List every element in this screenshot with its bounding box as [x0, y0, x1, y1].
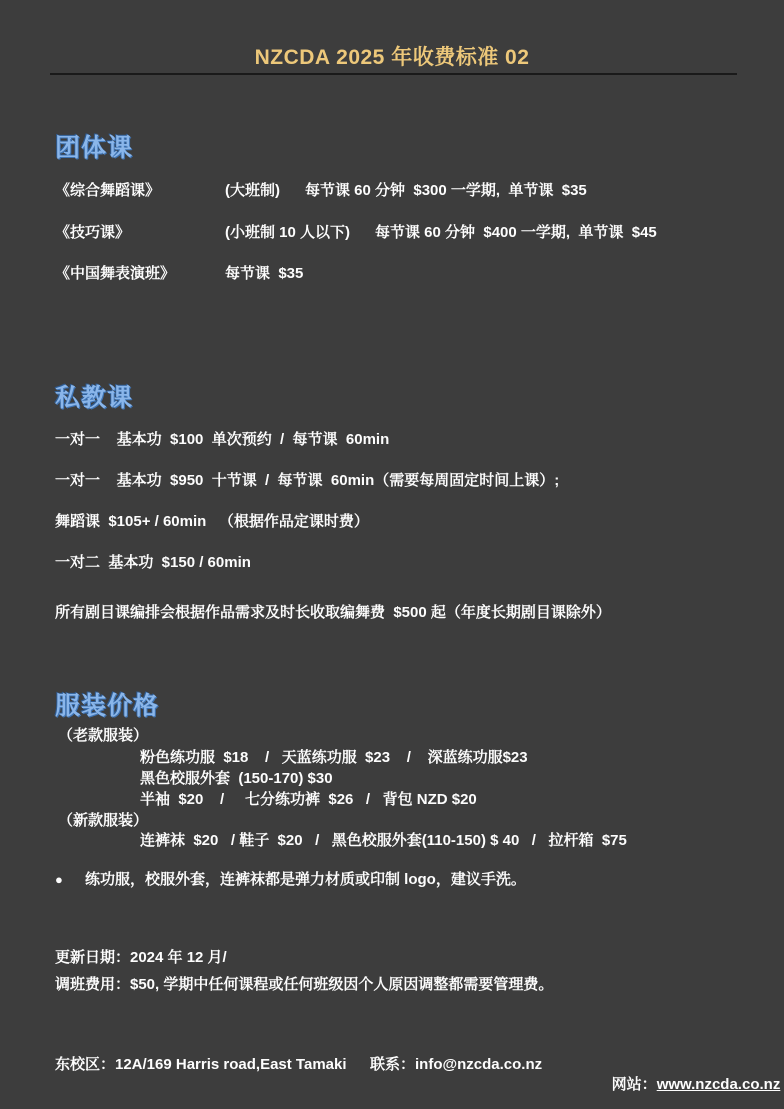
- footer-website-label: 网站：: [612, 1076, 657, 1093]
- private-class-line: 一对二 基本功 $150 / 60min: [55, 553, 755, 573]
- page-title: NZCDA 2025 年收费标准 02: [0, 41, 784, 71]
- footer-campus-address: 东校区：12A/169 Harris road,East Tamaki: [55, 1055, 347, 1075]
- costume-care-text: 练功服，校服外套，连裤袜都是弹力材质或印制 logo，建议手洗。: [85, 870, 526, 890]
- old-costume-item: 粉色练功服 $18 / 天蓝练功服 $23 / 深蓝练功服$23: [140, 748, 760, 768]
- title-divider: [50, 73, 737, 75]
- private-class-line: 一对一 基本功 $950 十节课 / 每节课 60min（需要每周固定时间上课）…: [55, 471, 755, 491]
- transfer-fee-note: 调班费用：$50, 学期中任何课程或任何班级因个人原因调整都需要管理费。: [55, 975, 755, 995]
- section-header-private-classes: 私教课: [55, 378, 133, 414]
- new-costume-label: （新款服装）: [58, 811, 148, 831]
- private-class-line: 一对一 基本功 $100 单次预约 / 每节课 60min: [55, 430, 755, 450]
- class-name: 《中国舞表演班》: [55, 264, 225, 284]
- private-class-line: 舞蹈课 $105+ / 60min （根据作品定课时费）: [55, 512, 755, 532]
- footer-website-link[interactable]: www.nzcda.co.nz: [657, 1076, 781, 1093]
- section-header-costume-prices: 服装价格: [55, 686, 159, 722]
- section-header-group-classes: 团体课: [55, 128, 133, 164]
- old-costume-item: 半袖 $20 / 七分练功裤 $26 / 背包 NZD $20: [140, 790, 760, 810]
- new-costume-item: 连裤袜 $20 / 鞋子 $20 / 黑色校服外套(110-150) $ 40 …: [140, 831, 760, 851]
- group-class-row: 《中国舞表演班》 每节课 $35: [55, 264, 755, 284]
- document-page: NZCDA 2025 年收费标准 02 团体课 《综合舞蹈课》 (大班制) 每节…: [0, 0, 784, 1109]
- class-name: 《技巧课》: [55, 223, 225, 243]
- class-name: 《综合舞蹈课》: [55, 181, 225, 201]
- update-date-note: 更新日期：2024 年 12 月/: [55, 948, 755, 968]
- group-class-row: 《技巧课》 (小班制 10 人以下) 每节课 60 分钟 $400 一学期, 单…: [55, 223, 755, 243]
- bullet-icon: ●: [55, 870, 85, 890]
- costume-care-note: ● 练功服，校服外套，连裤袜都是弹力材质或印制 logo，建议手洗。: [55, 870, 745, 890]
- class-price-desc: 每节课 $35: [225, 264, 755, 284]
- footer-contact-email: 联系：info@nzcda.co.nz: [370, 1055, 542, 1075]
- old-costume-item: 黑色校服外套 (150-170) $30: [140, 769, 760, 789]
- class-price-desc: (大班制) 每节课 60 分钟 $300 一学期, 单节课 $35: [225, 181, 755, 201]
- group-class-row: 《综合舞蹈课》 (大班制) 每节课 60 分钟 $300 一学期, 单节课 $3…: [55, 181, 755, 201]
- class-price-desc: (小班制 10 人以下) 每节课 60 分钟 $400 一学期, 单节课 $45: [225, 223, 755, 243]
- choreography-fee-note: 所有剧目课编排会根据作品需求及时长收取编舞费 $500 起（年度长期剧目课除外）: [55, 603, 755, 623]
- footer-website: 网站：www.nzcda.co.nz: [595, 1055, 780, 1109]
- old-costume-label: （老款服装）: [58, 726, 148, 746]
